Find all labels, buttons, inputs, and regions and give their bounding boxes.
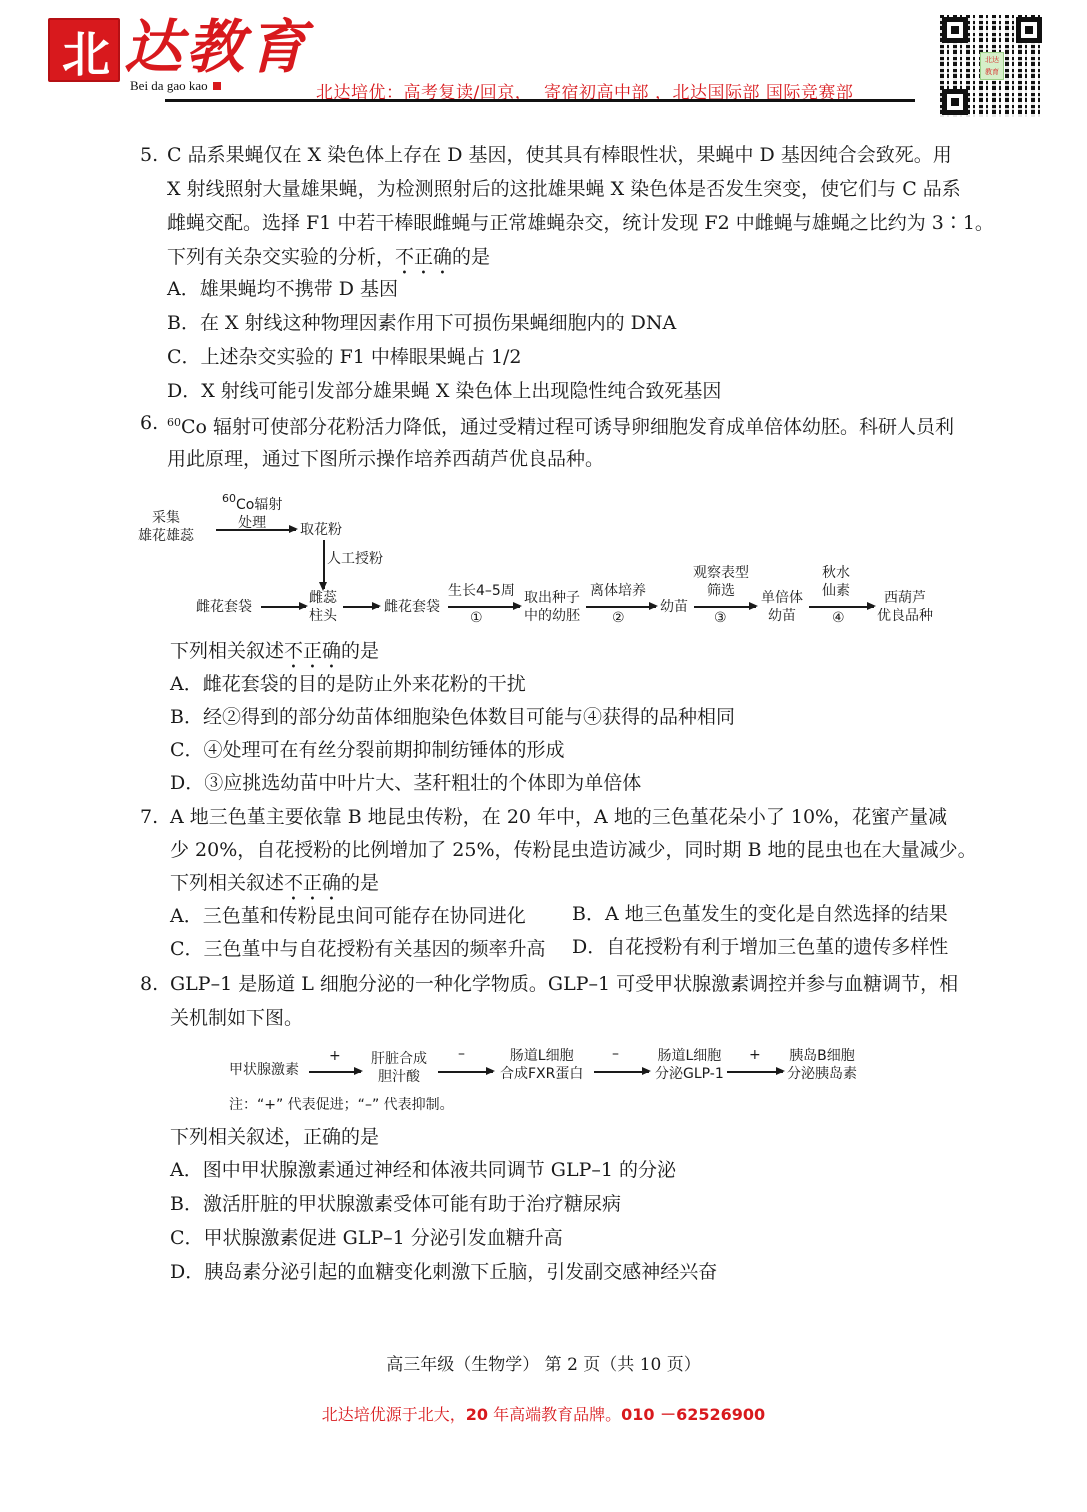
node-line: 雄花雄蕊 (138, 527, 194, 545)
promo-phone: 010 －62526900 (621, 1405, 765, 1424)
node-line: 分泌胰岛素 (787, 1065, 857, 1083)
node-line: 肝脏合成 (371, 1050, 427, 1068)
node-line: 胆汁酸 (371, 1068, 427, 1086)
option-text: 胰岛素分泌引起的血糖变化刺激下丘脑，引发副交感神经兴奋 (204, 1261, 717, 1283)
option-text: 甲状腺激素促进 GLP–1 分泌引发血糖升高 (204, 1227, 563, 1249)
diagram-node-haploid: 单倍体幼苗 (761, 589, 803, 625)
option-label: A． (170, 673, 203, 695)
qr-finder-icon (942, 89, 968, 115)
prompt-emphasis: 不正确 (395, 246, 452, 268)
question-prompt: 下列相关叙述，正确的是 (170, 1120, 379, 1154)
promo-years: 20 (466, 1405, 488, 1424)
answer-option-c[interactable]: C．上述杂交实验的 F1 中棒眼果蝇占 1/2 (167, 340, 522, 374)
prompt-emphasis: 不正确 (284, 872, 341, 894)
question-stem-line: 用此原理，通过下图所示操作培养西葫芦优良品种。 (167, 442, 604, 476)
prompt-text: 的是 (341, 640, 379, 662)
option-label: C． (170, 938, 204, 960)
diagram-step-number: ① (470, 609, 483, 627)
option-text: 图中甲状腺激素通过神经和体液共同调节 GLP–1 的分泌 (203, 1159, 676, 1181)
arrow-right-icon (694, 606, 756, 608)
option-label: D． (572, 936, 606, 958)
diagram-node-bag-1: 雌花套袋 (196, 598, 252, 616)
answer-option-a[interactable]: A．雄果蝇均不携带 D 基因 (167, 272, 398, 306)
option-label: C． (170, 739, 204, 761)
node-line: 取出种子 (524, 589, 580, 607)
arrow-down-icon (323, 540, 325, 589)
question-stem-line: 关机制如下图。 (170, 1001, 303, 1035)
node-line: 60Co辐射 (222, 490, 282, 514)
option-text: 激活肝脏的甲状腺激素受体可能有助于治疗糖尿病 (203, 1193, 621, 1215)
answer-option-a[interactable]: A．三色堇和传粉昆虫间可能存在协同进化 (170, 899, 526, 933)
arrow-right-icon (809, 606, 874, 608)
option-label: B． (170, 1193, 203, 1215)
qr-finder-icon (1016, 17, 1042, 43)
diagram-node-bag-2: 雌花套袋 (384, 598, 440, 616)
arrow-right-icon (727, 1071, 783, 1073)
question-number: 5. (140, 138, 158, 172)
prompt-text: 下列相关叙述 (170, 872, 284, 894)
promo-text: 年高端教育品牌。 (488, 1405, 621, 1424)
prompt-text: 下列有关杂交实验的分析， (167, 246, 395, 268)
diagram-node-collect: 采集雄花雄蕊 (138, 509, 194, 545)
diagram-node-pollen: 取花粉 (300, 521, 342, 539)
answer-option-a[interactable]: A．雌花套袋的目的是防止外来花粉的干扰 (170, 667, 526, 701)
answer-option-a[interactable]: A．图中甲状腺激素通过神经和体液共同调节 GLP–1 的分泌 (170, 1153, 676, 1187)
option-label: B． (167, 312, 200, 334)
diagram-label-pollination: 人工授粉 (327, 550, 383, 568)
logo-char: 北 (62, 16, 106, 85)
option-text: 三色堇中与自花授粉有关基因的频率升高 (204, 938, 546, 960)
brand-subtitle: Bei da gao kao (130, 78, 221, 94)
option-text: 雌花套袋的目的是防止外来花粉的干扰 (203, 673, 526, 695)
option-label: A． (170, 1159, 203, 1181)
qr-logo-line: 北达 (981, 54, 1003, 66)
diagram-node-embryo: 取出种子中的幼胚 (524, 589, 580, 625)
option-text: ④处理可在有丝分裂前期抑制纺锤体的形成 (204, 739, 565, 761)
diagram-note: 注：“+” 代表促进；“–” 代表抑制。 (229, 1096, 454, 1114)
brand-logo-mark: 北 (48, 18, 120, 82)
option-text: 雄果蝇均不携带 D 基因 (200, 278, 398, 300)
option-label: C． (167, 346, 201, 368)
question-stem-line: 60Co 辐射可使部分花粉活力降低，通过受精过程可诱导卵细胞发育成单倍体幼胚。科… (167, 406, 954, 444)
square-icon (213, 82, 221, 90)
option-label: D． (167, 380, 201, 402)
diagram-node-liver: 肝脏合成胆汁酸 (371, 1050, 427, 1086)
superscript: 60 (167, 416, 181, 429)
arrow-right-icon (594, 1071, 649, 1073)
diagram-node-stigma: 雌蕊柱头 (309, 589, 337, 625)
node-line: 西葫芦 (877, 589, 933, 607)
option-label: C． (170, 1227, 204, 1249)
prompt-text: 的是 (341, 872, 379, 894)
stem-text: Co 辐射可使部分花粉活力降低，通过受精过程可诱导卵细胞发育成单倍体幼胚。科研人… (181, 416, 954, 438)
option-label: B． (572, 903, 605, 925)
node-line: 雌蕊 (309, 589, 337, 607)
arrow-right-icon (343, 606, 379, 608)
answer-option-b[interactable]: B．在 X 射线这种物理因素作用下可损伤果蝇细胞内的 DNA (167, 306, 676, 340)
qr-logo-line: 教育 (981, 66, 1003, 78)
prompt-emphasis: 不正确 (284, 640, 341, 662)
answer-option-c[interactable]: C．④处理可在有丝分裂前期抑制纺锤体的形成 (170, 733, 565, 767)
arrow-right-icon (261, 606, 306, 608)
diagram-node-seedling: 幼苗 (660, 598, 688, 616)
diagram-sign-promote: + (329, 1047, 341, 1065)
answer-option-b[interactable]: B．经②得到的部分幼苗体细胞染色体数目可能与④获得的品种相同 (170, 700, 735, 734)
node-line: 柱头 (309, 607, 337, 625)
answer-option-d[interactable]: D．胰岛素分泌引起的血糖变化刺激下丘脑，引发副交感神经兴奋 (170, 1255, 717, 1289)
question-stem-line: GLP–1 是肠道 L 细胞分泌的一种化学物质。GLP–1 可受甲状腺激素调控并… (170, 967, 958, 1001)
question-number: 6. (140, 406, 158, 440)
question-stem-line: A 地三色堇主要依靠 B 地昆虫传粉，在 20 年中，A 地的三色堇花朵小了 1… (170, 800, 947, 834)
diagram-step-number: ② (612, 609, 625, 627)
question-number: 8. (140, 967, 158, 1001)
diagram-node-result: 西葫芦优良品种 (877, 589, 933, 625)
option-text: 自花授粉有利于增加三色堇的遗传多样性 (606, 936, 948, 958)
answer-option-c[interactable]: C．甲状腺激素促进 GLP–1 分泌引发血糖升高 (170, 1221, 563, 1255)
arrow-right-icon (309, 1071, 361, 1073)
answer-option-c[interactable]: C．三色堇中与自花授粉有关基因的频率升高 (170, 932, 546, 966)
node-line: 幼苗 (761, 607, 803, 625)
option-text: 经②得到的部分幼苗体细胞染色体数目可能与④获得的品种相同 (203, 706, 735, 728)
option-text: 上述杂交实验的 F1 中棒眼果蝇占 1/2 (201, 346, 522, 368)
diagram-step-number: ④ (832, 609, 845, 627)
page-footer-label: 高三年级（生物学） 第 2 页（共 10 页） (0, 1350, 1087, 1375)
node-line: 单倍体 (761, 589, 803, 607)
diagram-label-step2: 离体培养 (590, 582, 646, 600)
arrow-right-icon (216, 529, 296, 531)
qr-center-logo: 北达 教育 (980, 52, 1004, 80)
node-line: 筛选 (693, 582, 749, 600)
option-text: A 地三色堇发生的变化是自然选择的结果 (605, 903, 948, 925)
node-line: 肠道L细胞 (500, 1047, 583, 1065)
arrow-right-icon (586, 606, 656, 608)
diagram-node-glp1: 肠道L细胞分泌GLP-1 (655, 1047, 724, 1083)
diagram-node-thyroid-hormone: 甲状腺激素 (229, 1061, 299, 1079)
question-stem-line: 雌蝇交配。选择 F1 中若干棒眼雌蝇与正常雄蝇杂交，统计发现 F2 中雌蝇与雄蝇… (167, 206, 994, 240)
qr-code-icon: 北达 教育 (940, 15, 1044, 117)
diagram-sign-promote: + (749, 1046, 761, 1064)
diagram-label-step3: 观察表型筛选 (693, 564, 749, 600)
option-label: B． (170, 706, 203, 728)
prompt-text: 下列相关叙述 (170, 640, 284, 662)
answer-option-d[interactable]: D．③应挑选幼苗中叶片大、茎秆粗壮的个体即为单倍体 (170, 766, 641, 800)
superscript: 60 (222, 492, 236, 505)
answer-option-d[interactable]: D．自花授粉有利于增加三色堇的遗传多样性 (572, 930, 948, 964)
arrow-right-icon (448, 606, 520, 608)
node-line: 观察表型 (693, 564, 749, 582)
question-stem-line: C 品系果蝇仅在 X 染色体上存在 D 基因，使其具有棒眼性状，果蝇中 D 基因… (167, 138, 952, 172)
promo-text: 北达培优源于北大， (322, 1405, 466, 1424)
diagram-label-step4: 秋水仙素 (822, 564, 850, 600)
question-stem-line: X 射线照射大量雄果蝇，为检测照射后的这批雄果蝇 X 染色体是否发生突变，使它们… (167, 172, 961, 206)
prompt-text: 的是 (452, 246, 490, 268)
node-line: 优良品种 (877, 607, 933, 625)
answer-option-b[interactable]: B．A 地三色堇发生的变化是自然选择的结果 (572, 897, 948, 931)
diagram-label-radiation: 60Co辐射处理 (222, 490, 282, 532)
option-label: A． (167, 278, 200, 300)
option-text: 三色堇和传粉昆虫间可能存在协同进化 (203, 905, 526, 927)
diagram-label-step1: 生长4–5周 (448, 582, 515, 600)
option-text: 在 X 射线这种物理因素作用下可损伤果蝇细胞内的 DNA (200, 312, 676, 334)
node-line: 肠道L细胞 (655, 1047, 724, 1065)
header-divider (165, 99, 915, 102)
diagram-node-fxr: 肠道L细胞合成FXR蛋白 (500, 1047, 583, 1083)
answer-option-d[interactable]: D．X 射线可能引发部分雄果蝇 X 染色体上出现隐性纯合致死基因 (167, 374, 721, 408)
answer-option-b[interactable]: B．激活肝脏的甲状腺激素受体可能有助于治疗糖尿病 (170, 1187, 621, 1221)
brand-title: 达教育 (124, 12, 310, 82)
arrow-right-icon (438, 1071, 493, 1073)
label-text: Co辐射 (236, 497, 282, 513)
node-line: 仙素 (822, 582, 850, 600)
option-label: A． (170, 905, 203, 927)
diagram-sign-inhibit: – (458, 1045, 465, 1063)
node-line: 秋水 (822, 564, 850, 582)
option-text: ③应挑选幼苗中叶片大、茎秆粗壮的个体即为单倍体 (204, 772, 641, 794)
node-line: 中的幼胚 (524, 607, 580, 625)
node-line: 分泌GLP-1 (655, 1065, 724, 1083)
node-line: 合成FXR蛋白 (500, 1065, 583, 1083)
node-line: 采集 (138, 509, 194, 527)
node-line: 胰岛B细胞 (787, 1047, 857, 1065)
question-number: 7. (140, 800, 158, 834)
diagram-step-number: ③ (714, 609, 727, 627)
qr-finder-icon (942, 17, 968, 43)
option-text: X 射线可能引发部分雄果蝇 X 染色体上出现隐性纯合致死基因 (201, 380, 721, 402)
diagram-sign-inhibit: – (612, 1045, 619, 1063)
option-label: D． (170, 1261, 204, 1283)
option-label: D． (170, 772, 204, 794)
brand-subtitle-text: Bei da gao kao (130, 78, 208, 93)
promo-footer: 北达培优源于北大，20 年高端教育品牌。010 －62526900 (0, 1402, 1087, 1425)
question-stem-line: 少 20%，自花授粉的比例增加了 25%，传粉昆虫造访减少，同时期 B 地的昆虫… (170, 833, 977, 867)
diagram-node-islet-b: 胰岛B细胞分泌胰岛素 (787, 1047, 857, 1083)
